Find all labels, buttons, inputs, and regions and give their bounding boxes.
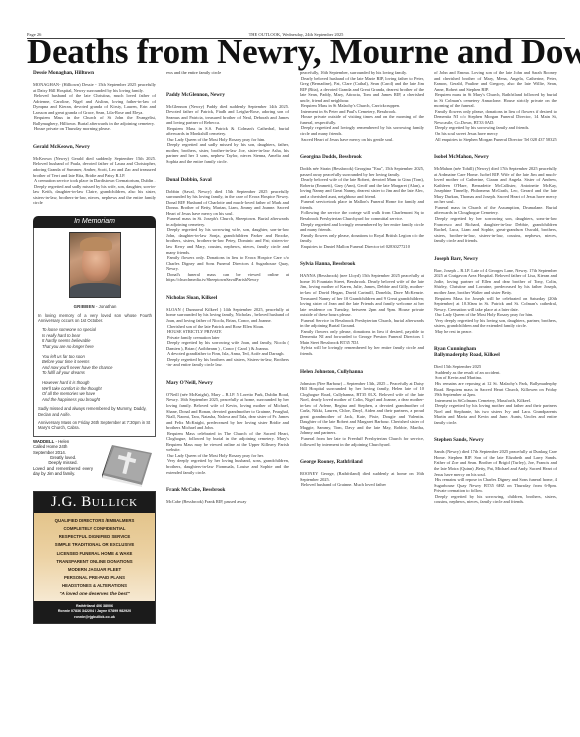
notice-paragraph: A devoted grandfather to Finn, Isla, Ann…	[166, 351, 289, 357]
notice-paragraph: Donal's funeral mass can be viewed onlin…	[166, 272, 289, 283]
advert-service-item: PERSONAL PRE-PAID PLANS	[36, 574, 153, 582]
continued-text: ews and the entire family circle	[166, 70, 289, 76]
advert-service-item: TRANSPARENT ONLINE DONATIONS	[36, 558, 153, 566]
notice-heading: Joseph Barr, Newry	[434, 256, 557, 262]
advert-services: QUALIFIED DIRECTORS /EMBALMERSCOMPLETELY…	[34, 513, 155, 601]
notice-heading: Stephen Sands, Newry	[434, 437, 557, 443]
notice-paragraph: MONAGHAN- (Hilltown) Dessie - 15th Septe…	[33, 82, 156, 93]
poem-line: That you are no longer here	[42, 344, 152, 350]
notice-heading: Isobel McMahon, Newry	[434, 154, 557, 160]
notice-paragraph: Deeply regretted and sadly missed by his…	[33, 184, 156, 206]
advert-email[interactable]: ronnie@rjgbullick.co.uk	[35, 615, 154, 620]
notice-paragraph: Dearly beloved wife of the late Robert, …	[300, 177, 424, 199]
notice-paragraph: His remains are reposing at 12 St. Malac…	[434, 381, 557, 398]
notice-paragraph: Family flowers only please, donations in…	[434, 109, 557, 126]
notice-paragraph: Beloved husband of Grainne. Much loved f…	[300, 482, 424, 488]
obituary-notice-donal-dobbin-saval: Donal Dobbin, SavalDobbin (Saval, Newry)…	[166, 177, 289, 283]
memorial-intro: In loving memory of a very loved son who…	[38, 313, 152, 323]
obituary-notice-georgina-dodds-bessbrook: Georgina Dodds, BessbrookDodds née Strai…	[300, 154, 424, 249]
poem-stanza: You left us far too soonBefore your time…	[42, 354, 152, 376]
notice-paragraph: Deeply regretted by her sorrowing son, d…	[434, 216, 557, 244]
obituary-columns: Dessie Monaghan, HilltownMONAGHAN- (Hill…	[33, 70, 558, 730]
notice-paragraph: Requiem Mass in S.S. Patrick & Colman's …	[166, 126, 289, 137]
notice-paragraph: A cremation service took place in Dardis…	[33, 178, 156, 184]
poem-line: To fulfil all your dreams	[42, 370, 152, 376]
notice-heading: Nicholas Sloan, Kilkeel	[166, 295, 289, 301]
notice-paragraph: Requiem Mass celebrated in The Church of…	[166, 431, 289, 453]
obituary-notice-continued: of John and Emma. Loving son of the late…	[434, 70, 557, 142]
memorial-anniversary-mass: Anniversary Mass on Friday 26th Septembe…	[38, 420, 152, 430]
notice-paragraph: McCabe (Bessbrook) Frank RIP, passed awa…	[166, 499, 289, 505]
notice-paragraph: Deeply regretted and lovingly remembered…	[300, 222, 424, 233]
notice-paragraph: Sacred Heart of Jesus have mercy on his …	[300, 137, 424, 143]
obituary-notice-ryan-cunningham: Ryan CunninghamBallymaderphy Road, Kilke…	[434, 346, 557, 425]
memorial-name: GRIBBEN - Jonathan	[38, 304, 152, 309]
notice-paragraph: Barr, Joseph – R.I.P. Late of 4 Georges …	[434, 268, 557, 296]
notice-paragraph: May he rest in peace.	[434, 329, 557, 335]
notice-heading-location: Ballymaderphy Road, Kilkeel	[434, 352, 557, 358]
notice-paragraph: Deeply regretted and sadly missed by his…	[166, 142, 289, 164]
notice-paragraph: McGlennon (Newry) Paddy died suddenly Se…	[166, 104, 289, 126]
notice-heading: George Rooney, Rathfriland	[300, 459, 424, 465]
notice-paragraph: Very deeply regretted by his loving son,…	[434, 318, 557, 329]
notice-paragraph: Beloved husband of the late Christina, m…	[33, 93, 156, 115]
advert-service-item: SIMPLE TRADITIONAL OR EXCLUSIVE	[36, 541, 153, 549]
advert-service-item: QUALIFIED DIRECTORS /EMBALMERS	[36, 517, 153, 525]
notice-paragraph: Deeply regretted by his sorrowing, child…	[434, 494, 557, 505]
advert-contact: Rathfriland 406 38006 Ronnie 07836 34220…	[34, 601, 155, 623]
obituary-notice-mary-o-neill-newry: Mary O'Neill, NewryO'Neill (née McKnight…	[166, 380, 289, 475]
notice-paragraph: Requiem Mass in the Church of St John th…	[33, 115, 156, 126]
notice-paragraph: Family flowers only please, donations in…	[300, 329, 424, 346]
advert-service-item: MODERN JAGUAR FLEET	[36, 566, 153, 574]
column-3: peacefully, 16th September, surrounded b…	[300, 70, 424, 730]
obituary-notice-gerald-mckeown-newry: Gerald McKeown, NewryMcKeown (Newry) Ger…	[33, 144, 156, 206]
notice-heading: Helen Johnston, Cullyhanna	[300, 369, 424, 375]
notice-paragraph: Dodds née Strain (Bessbrook) Georgina "E…	[300, 166, 424, 177]
poem-stanza: However hard it is thoughWe'll take comf…	[42, 380, 152, 402]
notice-paragraph: Dearly beloved husband of the late Marie…	[300, 76, 424, 104]
notice-paragraph: Very deeply regretted by her loving husb…	[166, 458, 289, 475]
obituary-notice-isobel-mcmahon-newry: Isobel McMahon, NewryMcMahon (née Tohill…	[434, 154, 557, 244]
bible-cross-icon	[98, 443, 154, 487]
notice-paragraph: Deeply regretted by his sorrowing wife, …	[166, 227, 289, 255]
notice-paragraph: Deeply regretted by his loving mother an…	[434, 403, 557, 425]
poem-line: And the happiness you brought	[42, 397, 152, 403]
notice-paragraph: Johnston (Nee Barbour) – September 13th,…	[300, 381, 424, 436]
notice-heading: Frank McCabe, Bessbrook	[166, 487, 289, 493]
advert-service-item: LICENSED FUNERAL HOME & WAKE	[36, 550, 153, 558]
notice-heading: Paddy McGlennon, Newry	[166, 92, 289, 98]
obituary-notice-helen-johnston-cullyhanna: Helen Johnston, CullyhannaJohnston (Nee …	[300, 369, 424, 448]
obituary-notice-george-rooney-rathfriland: George Rooney, RathfrilandROONEY George,…	[300, 459, 424, 488]
advert-service-item: HEADSTONES & ALTERATIONS	[36, 582, 153, 590]
column-2: ews and the entire family circle Paddy M…	[166, 70, 289, 730]
notice-paragraph: Dobbin (Saval, Newry) died 15th Septembe…	[166, 189, 289, 217]
notice-paragraph: Funeral mass in Church of the Assumption…	[434, 205, 557, 216]
notice-paragraph: Requiem mass in St Mary's Church, Rathfr…	[434, 92, 557, 109]
notice-heading: Georgina Dodds, Bessbrook	[300, 154, 424, 160]
notice-paragraph: Funeral Service in Bessbrook Presbyteria…	[300, 318, 424, 329]
jg-bullick-advert: J.G. BULLICK QUALIFIED DIRECTORS /EMBALM…	[33, 491, 156, 624]
obituary-notice-frank-mccabe-bessbrook: Frank McCabe, BessbrookMcCabe (Bessbrook…	[166, 487, 289, 505]
notice-paragraph: Deeply regretted by his sorrowing wife J…	[166, 340, 289, 351]
notice-paragraph: Sylvia will be lovingly remembered by he…	[300, 345, 424, 356]
column-1: Dessie Monaghan, HilltownMONAGHAN- (Hill…	[33, 70, 156, 730]
notice-paragraph: McMahon (née Tohill) (Newry) died 17th S…	[434, 166, 557, 205]
notice-paragraph: Deeply regretted by his brothers and sis…	[166, 357, 289, 368]
notice-paragraph: of John and Emma. Loving son of the late…	[434, 70, 557, 92]
notice-paragraph: Funeral servicetook place in Mallon's Fu…	[300, 199, 424, 210]
notice-paragraph: Enquiries to Daniel Mallon Funeral Direc…	[300, 244, 424, 250]
notice-paragraph: House private outside of visiting times …	[300, 114, 424, 125]
notice-paragraph: Family flowers only please, donations to…	[300, 233, 424, 244]
notice-paragraph: HANNA (Bessbrook) (nee Lloyd) 15th Septe…	[300, 273, 424, 317]
page-title: Deaths from Newry, Mourne and Down	[27, 38, 565, 66]
memorial-remembered: Sadly missed and always remembered by Mu…	[38, 406, 152, 416]
in-memoriam-notice: GRIBBEN - Jonathan In loving memory of a…	[33, 228, 156, 437]
poem-stanza: To loose someone so specialIs really har…	[42, 327, 152, 349]
notice-paragraph: McKeown (Newry) Gerald died suddenly Sep…	[33, 156, 156, 178]
memorial-poem: To loose someone so specialIs really har…	[38, 327, 152, 402]
notice-heading: Gerald McKeown, Newry	[33, 144, 156, 150]
obituary-notice-stephen-sands-newry: Stephen Sands, NewrySands (Newry) died 1…	[434, 437, 557, 504]
obituary-notice-sylvia-hanna-bessbrook: Sylvia Hanna, BessbrookHANNA (Bessbrook)…	[300, 261, 424, 356]
column-4: of John and Emma. Loving son of the late…	[434, 70, 557, 730]
memorial-photo	[69, 232, 121, 298]
notice-heading: Donal Dobbin, Saval	[166, 177, 289, 183]
notice-paragraph: O'Neill (née McKnight), Mary – R.I.P. 5 …	[166, 392, 289, 431]
notice-paragraph: Funeral from her late to Freeduff Presby…	[300, 436, 424, 447]
notice-paragraph: House private on Thursday morning please…	[33, 126, 156, 132]
notice-paragraph: SLOAN ( Dunnaval Kilkeel ) 14th Septembe…	[166, 307, 289, 324]
notice-paragraph: Funeral mass in St. Joseph's Church, She…	[166, 216, 289, 227]
notice-paragraph: Sands (Newry) died 17th September 2025 p…	[434, 449, 557, 477]
advert-slogan: "A loved one deserves the best"	[36, 590, 153, 598]
obituary-notice-joseph-barr-newry: Joseph Barr, NewryBarr, Joseph – R.I.P. …	[434, 256, 557, 335]
notice-heading: Sylvia Hanna, Bessbrook	[300, 261, 424, 267]
notice-paragraph: peacefully, 16th September, surrounded b…	[300, 70, 424, 76]
notice-heading: Mary O'Neill, Newry	[166, 380, 289, 386]
notice-paragraph: Family flowers only. Donations in lieu t…	[166, 255, 289, 272]
notice-paragraph: All enquiries to Stephen Morgan Funeral …	[434, 137, 557, 143]
advert-brand: J.G. BULLICK	[34, 492, 155, 513]
notice-paragraph: Requiem Mass for Joseph will be celebrat…	[434, 296, 557, 313]
advert-service-item: RESPECTFUL DIGNIFIED SERVICE	[36, 533, 153, 541]
notice-heading: Dessie Monaghan, Hilltown	[33, 70, 156, 76]
in-memoriam-banner: In Memoriam	[33, 216, 156, 228]
obituary-notice-paddy-mcglennon-newry: Paddy McGlennon, NewryMcGlennon (Newry) …	[166, 92, 289, 165]
obituary-notice-nicholas-sloan-kilkeel: Nicholas Sloan, KilkeelSLOAN ( Dunnaval …	[166, 295, 289, 368]
obituary-notice-dessie-monaghan-hilltown: Dessie Monaghan, HilltownMONAGHAN- (Hill…	[33, 70, 156, 132]
notice-paragraph: Following the service the cortege will w…	[300, 210, 424, 221]
waddell-text: WADDELL - Helen Called Home 24th Septemb…	[33, 439, 93, 476]
waddell-memorial: WADDELL - Helen Called Home 24th Septemb…	[33, 439, 156, 489]
notice-paragraph: ROONEY George, (Rathfriland) died sudden…	[300, 471, 424, 482]
notice-paragraph: His remains will repose in Charles Digne…	[434, 477, 557, 494]
notice-paragraph: Deeply regretted and lovingly remembered…	[300, 125, 424, 136]
advert-service-item: COMPLETELY CONFIDENTIAL	[36, 525, 153, 533]
obituary-notice-continued: peacefully, 16th September, surrounded b…	[300, 70, 424, 142]
